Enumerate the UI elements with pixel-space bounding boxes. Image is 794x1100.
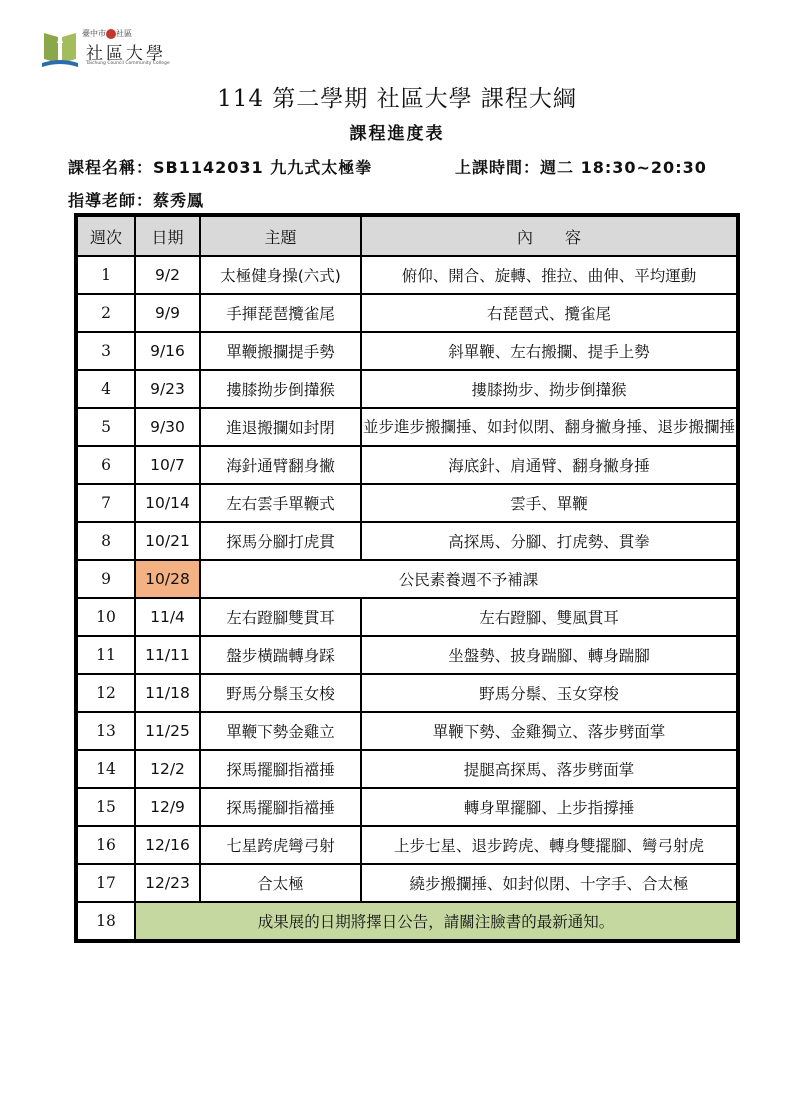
week-cell: 17 [76, 864, 135, 902]
date-cell: 9/23 [135, 370, 200, 408]
topic-cell: 左右雲手單鞭式 [200, 484, 361, 522]
table-row: 1 9/2 太極健身操(六式) 俯仰、開合、旋轉、推拉、曲伸、平均運動 [76, 256, 738, 294]
content-cell: 雲手、單鞭 [361, 484, 738, 522]
week-cell: 14 [76, 750, 135, 788]
week-cell: 5 [76, 408, 135, 446]
week-cell: 10 [76, 598, 135, 636]
date-cell: 9/30 [135, 408, 200, 446]
topic-cell: 手揮琵琶攬雀尾 [200, 294, 361, 332]
table-header-row: 週次 日期 主題 內 容 [76, 215, 738, 256]
week-cell: 16 [76, 826, 135, 864]
table-row: 5 9/30 進退搬攔如封閉 並步進步搬攔捶、如封似閉、翻身撇身捶、退步搬攔捶 [76, 408, 738, 446]
date-cell: 12/2 [135, 750, 200, 788]
page-subtitle: 課程進度表 [0, 119, 794, 144]
date-cell: 11/25 [135, 712, 200, 750]
topic-cell: 進退搬攔如封閉 [200, 408, 361, 446]
week-cell: 13 [76, 712, 135, 750]
table-row: 6 10/7 海針通臂翻身撇 海底針、肩通臂、翻身撇身捶 [76, 446, 738, 484]
date-cell: 9/2 [135, 256, 200, 294]
week-cell: 15 [76, 788, 135, 826]
topic-cell: 探馬擺腳指襠捶 [200, 788, 361, 826]
column-header-date: 日期 [135, 215, 200, 256]
topic-cell: 單鞭下勢金雞立 [200, 712, 361, 750]
table-row: 13 11/25 單鞭下勢金雞立 單鞭下勢、金雞獨立、落步劈面掌 [76, 712, 738, 750]
date-cell: 10/7 [135, 446, 200, 484]
content-cell: 高探馬、分腳、打虎勢、貫拳 [361, 522, 738, 560]
content-cell: 單鞭下勢、金雞獨立、落步劈面掌 [361, 712, 738, 750]
topic-cell: 海針通臂翻身撇 [200, 446, 361, 484]
teacher-value: 蔡秀鳳 [153, 191, 204, 210]
topic-cell: 摟膝拗步倒攆猴 [200, 370, 361, 408]
logo-seal-icon [106, 29, 116, 39]
content-cell: 斜單鞭、左右搬攔、提手上勢 [361, 332, 738, 370]
class-time: 上課時間：週二 18:30~20:30 [455, 155, 707, 178]
schedule-table: 週次 日期 主題 內 容 1 9/2 太極健身操(六式) 俯仰、開合、旋轉、推拉… [74, 213, 740, 943]
table-row: 16 12/16 七星跨虎彎弓射 上步七星、退步跨虎、轉身雙擺腳、彎弓射虎 [76, 826, 738, 864]
table-row-no-class: 9 10/28 公民素養週不予補課 [76, 560, 738, 598]
column-header-content: 內 容 [361, 215, 738, 256]
column-header-week: 週次 [76, 215, 135, 256]
teacher-label: 指導老師： [68, 191, 153, 210]
content-cell: 提腿高探馬、落步劈面掌 [361, 750, 738, 788]
course-name: 課程名稱：SB1142031 九九式太極拳 [68, 155, 372, 178]
content-cell: 繞步搬攔捶、如封似閉、十字手、合太極 [361, 864, 738, 902]
class-time-label: 上課時間： [455, 158, 540, 177]
week-cell: 11 [76, 636, 135, 674]
course-name-value: SB1142031 九九式太極拳 [153, 158, 372, 177]
table-row: 17 12/23 合太極 繞步搬攔捶、如封似閉、十字手、合太極 [76, 864, 738, 902]
content-cell: 野馬分鬃、玉女穿梭 [361, 674, 738, 712]
logo-city-text: 臺中市社區 [82, 28, 132, 39]
table-row: 12 11/18 野馬分鬃玉女梭 野馬分鬃、玉女穿梭 [76, 674, 738, 712]
content-cell: 海底針、肩通臂、翻身撇身捶 [361, 446, 738, 484]
content-cell: 摟膝拗步、拗步倒攆猴 [361, 370, 738, 408]
date-cell: 11/18 [135, 674, 200, 712]
table-row: 8 10/21 探馬分腳打虎貫 高探馬、分腳、打虎勢、貫拳 [76, 522, 738, 560]
table-row: 4 9/23 摟膝拗步倒攆猴 摟膝拗步、拗步倒攆猴 [76, 370, 738, 408]
topic-cell: 太極健身操(六式) [200, 256, 361, 294]
week-cell: 2 [76, 294, 135, 332]
date-cell: 9/16 [135, 332, 200, 370]
topic-cell: 左右蹬腳雙貫耳 [200, 598, 361, 636]
date-cell: 11/11 [135, 636, 200, 674]
topic-cell: 探馬擺腳指襠捶 [200, 750, 361, 788]
date-cell: 9/9 [135, 294, 200, 332]
content-cell: 右琵琶式、攬雀尾 [361, 294, 738, 332]
content-cell: 並步進步搬攔捶、如封似閉、翻身撇身捶、退步搬攔捶 [361, 408, 738, 446]
topic-cell: 單鞭搬攔提手勢 [200, 332, 361, 370]
topic-cell: 盤步橫踹轉身踩 [200, 636, 361, 674]
content-cell: 左右蹬腳、雙風貫耳 [361, 598, 738, 636]
date-cell: 10/21 [135, 522, 200, 560]
no-class-note: 公民素養週不予補課 [200, 560, 738, 598]
course-name-label: 課程名稱： [68, 158, 153, 177]
table-row: 10 11/4 左右蹬腳雙貫耳 左右蹬腳、雙風貫耳 [76, 598, 738, 636]
date-cell-highlighted: 10/28 [135, 560, 200, 598]
week-cell: 4 [76, 370, 135, 408]
week-cell: 12 [76, 674, 135, 712]
date-cell: 12/23 [135, 864, 200, 902]
week-cell: 6 [76, 446, 135, 484]
column-header-topic: 主題 [200, 215, 361, 256]
week-cell: 7 [76, 484, 135, 522]
topic-cell: 探馬分腳打虎貫 [200, 522, 361, 560]
date-cell: 10/14 [135, 484, 200, 522]
table-row: 14 12/2 探馬擺腳指襠捶 提腿高探馬、落步劈面掌 [76, 750, 738, 788]
week-cell: 18 [76, 902, 135, 941]
exhibition-note: 成果展的日期將擇日公告，請關注臉書的最新通知。 [135, 902, 738, 941]
table-row: 15 12/9 探馬擺腳指襠捶 轉身單擺腳、上步指撐捶 [76, 788, 738, 826]
week-cell: 9 [76, 560, 135, 598]
content-cell: 上步七星、退步跨虎、轉身雙擺腳、彎弓射虎 [361, 826, 738, 864]
topic-cell: 七星跨虎彎弓射 [200, 826, 361, 864]
content-cell: 轉身單擺腳、上步指撐捶 [361, 788, 738, 826]
date-cell: 12/16 [135, 826, 200, 864]
date-cell: 12/9 [135, 788, 200, 826]
week-cell: 3 [76, 332, 135, 370]
table-row: 11 11/11 盤步橫踹轉身踩 坐盤勢、披身踹腳、轉身踹腳 [76, 636, 738, 674]
date-cell: 11/4 [135, 598, 200, 636]
page-title: 114 第二學期 社區大學 課程大綱 [0, 80, 794, 113]
class-time-value: 週二 18:30~20:30 [540, 158, 707, 177]
topic-cell: 合太極 [200, 864, 361, 902]
topic-cell: 野馬分鬃玉女梭 [200, 674, 361, 712]
week-cell: 8 [76, 522, 135, 560]
content-cell: 坐盤勢、披身踹腳、轉身踹腳 [361, 636, 738, 674]
teacher: 指導老師：蔡秀鳳 [68, 188, 204, 211]
book-logo-icon [42, 29, 78, 69]
week-cell: 1 [76, 256, 135, 294]
school-logo: 臺中市社區 社區大學 Taichung Council Community Co… [42, 27, 172, 71]
table-row: 3 9/16 單鞭搬攔提手勢 斜單鞭、左右搬攔、提手上勢 [76, 332, 738, 370]
table-row-exhibition: 18 成果展的日期將擇日公告，請關注臉書的最新通知。 [76, 902, 738, 941]
table-row: 2 9/9 手揮琵琶攬雀尾 右琵琶式、攬雀尾 [76, 294, 738, 332]
content-cell: 俯仰、開合、旋轉、推拉、曲伸、平均運動 [361, 256, 738, 294]
table-row: 7 10/14 左右雲手單鞭式 雲手、單鞭 [76, 484, 738, 522]
logo-english-text: Taichung Council Community College [86, 61, 170, 66]
